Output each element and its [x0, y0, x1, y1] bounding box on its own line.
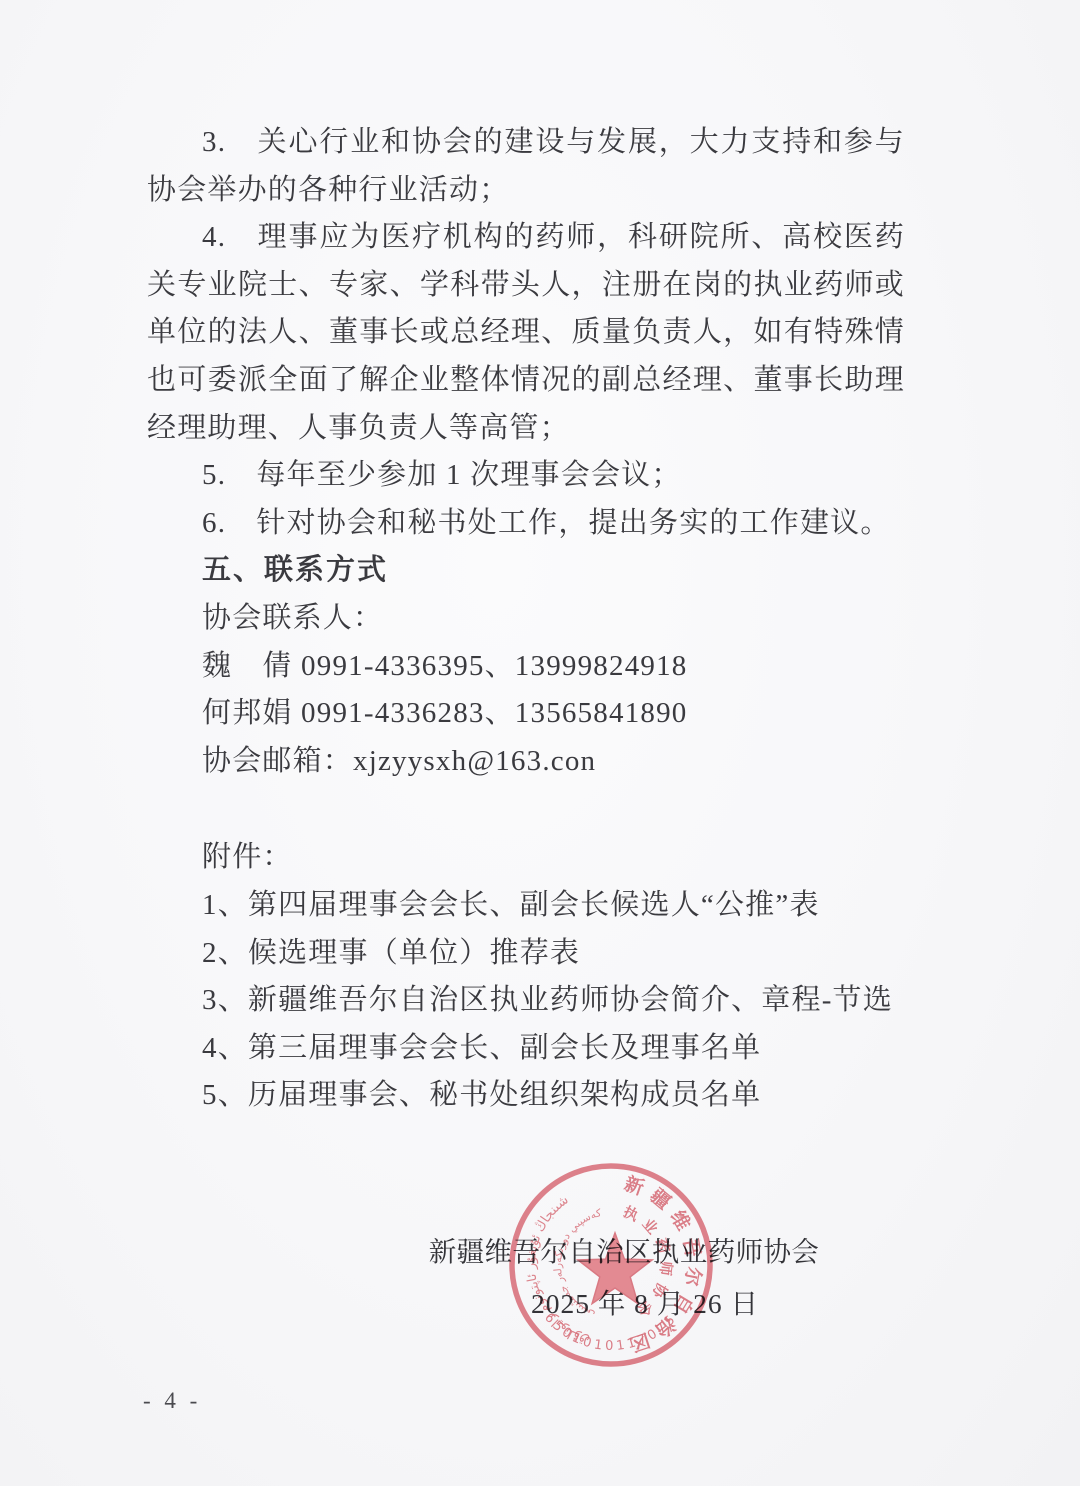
- body-line-item6: 6. 针对协会和秘书处工作，提出务实的工作建议。: [147, 500, 905, 548]
- contact-email: 协会邮箱：xjzyysxh@163.con: [147, 738, 905, 786]
- body-line-item4-cont3: 也可委派全面了解企业整体情况的副总经理、董事长助理或总: [147, 357, 905, 405]
- section-heading-contact: 五、联系方式: [147, 547, 905, 595]
- document-body: 3. 关心行业和协会的建设与发展，大力支持和参与行业 协会举办的各种行业活动； …: [147, 119, 905, 1120]
- contact-person-label: 协会联系人：: [147, 595, 905, 643]
- body-line-item4-cont1: 关专业院士、专家、学科带头人，注册在岗的执业药师或所在: [147, 262, 905, 310]
- attachment-item-5: 5、历届理事会、秘书处组织架构成员名单: [147, 1072, 905, 1120]
- seal-star: [578, 1233, 652, 1304]
- attachment-item-4: 4、第三届理事会会长、副会长及理事名单: [147, 1025, 905, 1073]
- scanned-document-page: 3. 关心行业和协会的建设与发展，大力支持和参与行业 协会举办的各种行业活动； …: [0, 0, 1080, 1486]
- page-number: - 4 -: [143, 1388, 201, 1414]
- official-seal-stamp: 新疆维吾尔自治区 شىنجاڭ ئۇيغۇر ئاپتونوم رايونلۇق…: [501, 1155, 721, 1375]
- body-line-item4-cont2: 单位的法人、董事长或总经理、质量负责人，如有特殊情况，: [147, 309, 905, 357]
- body-line-item5: 5. 每年至少参加 1 次理事会会议；: [147, 452, 905, 500]
- body-line-item4: 4. 理事应为医疗机构的药师，科研院所、高校医药学相: [147, 214, 905, 262]
- body-line-item4-cont4: 经理助理、人事负责人等高管；: [147, 405, 905, 453]
- attachments-label: 附件：: [147, 834, 905, 882]
- contact-he-bangjuan: 何邦娟 0991-4336283、13565841890: [147, 690, 905, 738]
- attachment-item-3: 3、新疆维吾尔自治区执业药师协会简介、章程-节选: [147, 977, 905, 1025]
- contact-wei-qian: 魏 倩 0991-4336395、13999824918: [147, 643, 905, 691]
- attachment-item-2: 2、候选理事（单位）推荐表: [147, 930, 905, 978]
- body-line-item3-cont: 协会举办的各种行业活动；: [147, 167, 905, 215]
- attachment-item-1: 1、第四届理事会会长、副会长候选人“公推”表: [147, 882, 905, 930]
- body-line-item3: 3. 关心行业和协会的建设与发展，大力支持和参与行业: [147, 119, 905, 167]
